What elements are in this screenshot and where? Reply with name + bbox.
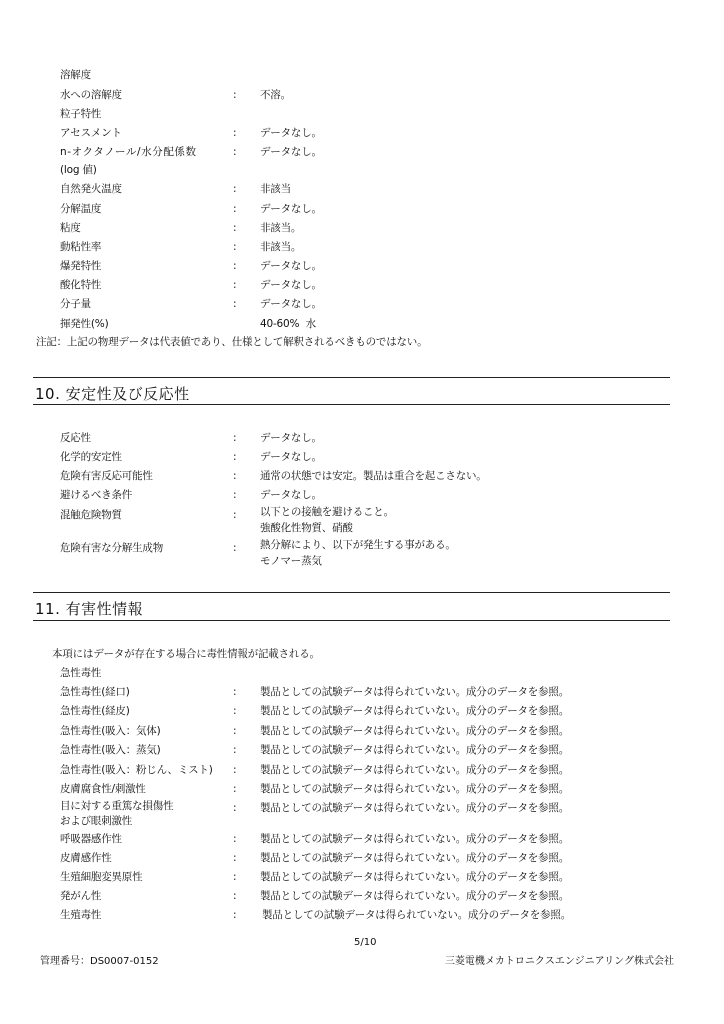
field-label: 危険有害な分解生成物	[60, 542, 163, 555]
field-value-continued: モノマー蒸気	[260, 555, 322, 568]
field-label: 反応性	[60, 432, 91, 445]
prop-label: n-オクタノール/水分配係数	[60, 146, 197, 159]
field-value: 通常の状態では安定。製品は重合を起こさない。	[260, 470, 487, 483]
prop-value: 非該当。	[260, 222, 301, 235]
prop-value: データなし。	[260, 260, 322, 273]
tox-colon: :	[233, 686, 236, 699]
prop-label: 酸化特性	[60, 279, 101, 292]
toxicity-intro: 本項にはデータが存在する場合に毒性情報が記載される。	[52, 648, 320, 661]
prop-label: 水への溶解度	[60, 89, 122, 102]
tox-label: 急性毒性(吸入：気体)	[60, 725, 161, 738]
tox-colon: :	[233, 744, 236, 757]
section-10-title: 10. 安定性及び反応性	[35, 383, 190, 404]
field-value: データなし。	[260, 432, 322, 445]
field-label: 避けるべき条件	[60, 489, 132, 502]
tox-label: 目に対する重篤な損傷性	[60, 800, 173, 813]
tox-colon: :	[233, 764, 236, 777]
prop-colon: :	[233, 222, 236, 235]
field-value: データなし。	[260, 451, 322, 464]
tox-colon: :	[233, 705, 236, 718]
tox-value: 製品としての試験データは得られていない。成分のデータを参照。	[260, 802, 569, 815]
tox-label: 発がん性	[60, 890, 101, 903]
prop-label: 動粘性率	[60, 241, 101, 254]
tox-colon: :	[233, 871, 236, 884]
tox-label: 急性毒性(経皮)	[60, 705, 130, 718]
tox-value: 製品としての試験データは得られていない。成分のデータを参照。	[260, 744, 569, 757]
prop-value: データなし。	[260, 127, 322, 140]
field-colon: :	[233, 489, 236, 502]
prop-label: (log 値)	[60, 164, 97, 177]
tox-value: 製品としての試験データは得られていない。成分のデータを参照。	[262, 909, 571, 922]
prop-label: 分解温度	[60, 203, 101, 216]
tox-label: 生殖細胞変異原性	[60, 871, 142, 884]
section-11-title: 11. 有害性情報	[35, 598, 143, 619]
tox-value: 製品としての試験データは得られていない。成分のデータを参照。	[260, 686, 569, 699]
prop-label: 揮発性(%)	[60, 318, 108, 331]
field-colon: :	[233, 470, 236, 483]
field-colon: :	[233, 451, 236, 464]
prop-value: データなし。	[260, 298, 322, 311]
prop-value: データなし。	[260, 279, 322, 292]
control-number: 管理番号：DS0007-0152	[40, 952, 159, 967]
prop-value: データなし。	[260, 146, 322, 159]
prop-colon: :	[233, 279, 236, 292]
prop-label: 分子量	[60, 298, 91, 311]
section-divider	[33, 592, 670, 593]
prop-label: 自然発火温度	[60, 183, 122, 196]
tox-label: 皮膚感作性	[60, 852, 112, 865]
prop-label: 粘度	[60, 222, 81, 235]
tox-label: 呼吸器感作性	[60, 833, 122, 846]
field-label: 混触危険物質	[60, 509, 122, 522]
section-divider	[33, 404, 670, 405]
tox-value: 製品としての試験データは得られていない。成分のデータを参照。	[260, 871, 569, 884]
company-name: 三菱電機メカトロニクスエンジニアリング株式会社	[445, 952, 674, 967]
page-number: 5/10	[354, 937, 376, 948]
tox-value: 製品としての試験データは得られていない。成分のデータを参照。	[260, 833, 569, 846]
prop-value: データなし。	[260, 203, 322, 216]
field-value: 熱分解により、以下が発生する事がある。	[260, 539, 456, 552]
prop-colon: :	[233, 241, 236, 254]
prop-colon: :	[233, 203, 236, 216]
field-colon: :	[233, 542, 236, 555]
tox-value: 製品としての試験データは得られていない。成分のデータを参照。	[260, 764, 569, 777]
prop-label: 粒子特性	[60, 108, 101, 121]
tox-colon: :	[233, 833, 236, 846]
field-value: 以下との接触を避けること。	[260, 506, 394, 519]
prop-label: 溶解度	[60, 69, 91, 82]
tox-label: 皮膚腐食性/刺激性	[60, 783, 146, 796]
tox-colon: :	[233, 802, 236, 815]
tox-value: 製品としての試験データは得られていない。成分のデータを参照。	[260, 783, 569, 796]
prop-value: 非該当。	[260, 241, 301, 254]
field-label: 化学的安定性	[60, 451, 122, 464]
prop-colon: :	[233, 298, 236, 311]
tox-label: 急性毒性(吸入：蒸気)	[60, 744, 161, 757]
acute-toxicity-heading: 急性毒性	[60, 667, 101, 680]
field-colon: :	[233, 509, 236, 522]
tox-label: 急性毒性(経口)	[60, 686, 130, 699]
tox-colon: :	[233, 909, 236, 922]
prop-value: 不溶。	[260, 89, 291, 102]
tox-colon: :	[233, 725, 236, 738]
tox-value: 製品としての試験データは得られていない。成分のデータを参照。	[260, 890, 569, 903]
prop-value: 非該当	[260, 183, 291, 196]
tox-label: 生殖毒性	[60, 909, 101, 922]
prop-label: 爆発特性	[60, 260, 101, 273]
field-colon: :	[233, 432, 236, 445]
tox-label-continued: および眼刺激性	[60, 815, 132, 828]
physical-data-note: 注記：上記の物理データは代表値であり、仕様として解釈されるべきものではない。	[36, 336, 427, 349]
prop-colon: :	[233, 127, 236, 140]
prop-colon: :	[233, 183, 236, 196]
tox-label: 急性毒性(吸入：粉じん、ミスト)	[60, 764, 213, 777]
tox-colon: :	[233, 783, 236, 796]
tox-value: 製品としての試験データは得られていない。成分のデータを参照。	[260, 705, 569, 718]
field-value: データなし。	[260, 489, 322, 502]
prop-label: アセスメント	[60, 127, 122, 140]
tox-value: 製品としての試験データは得られていない。成分のデータを参照。	[260, 852, 569, 865]
section-divider	[33, 620, 670, 621]
prop-colon: :	[233, 89, 236, 102]
tox-colon: :	[233, 890, 236, 903]
tox-colon: :	[233, 852, 236, 865]
field-label: 危険有害反応可能性	[60, 470, 153, 483]
prop-value: 40-60% 水	[260, 318, 316, 331]
prop-colon: :	[233, 146, 236, 159]
field-value-continued: 強酸化性物質、硝酸	[260, 522, 353, 535]
prop-colon: :	[233, 260, 236, 273]
section-divider	[33, 377, 670, 378]
tox-value: 製品としての試験データは得られていない。成分のデータを参照。	[260, 725, 569, 738]
